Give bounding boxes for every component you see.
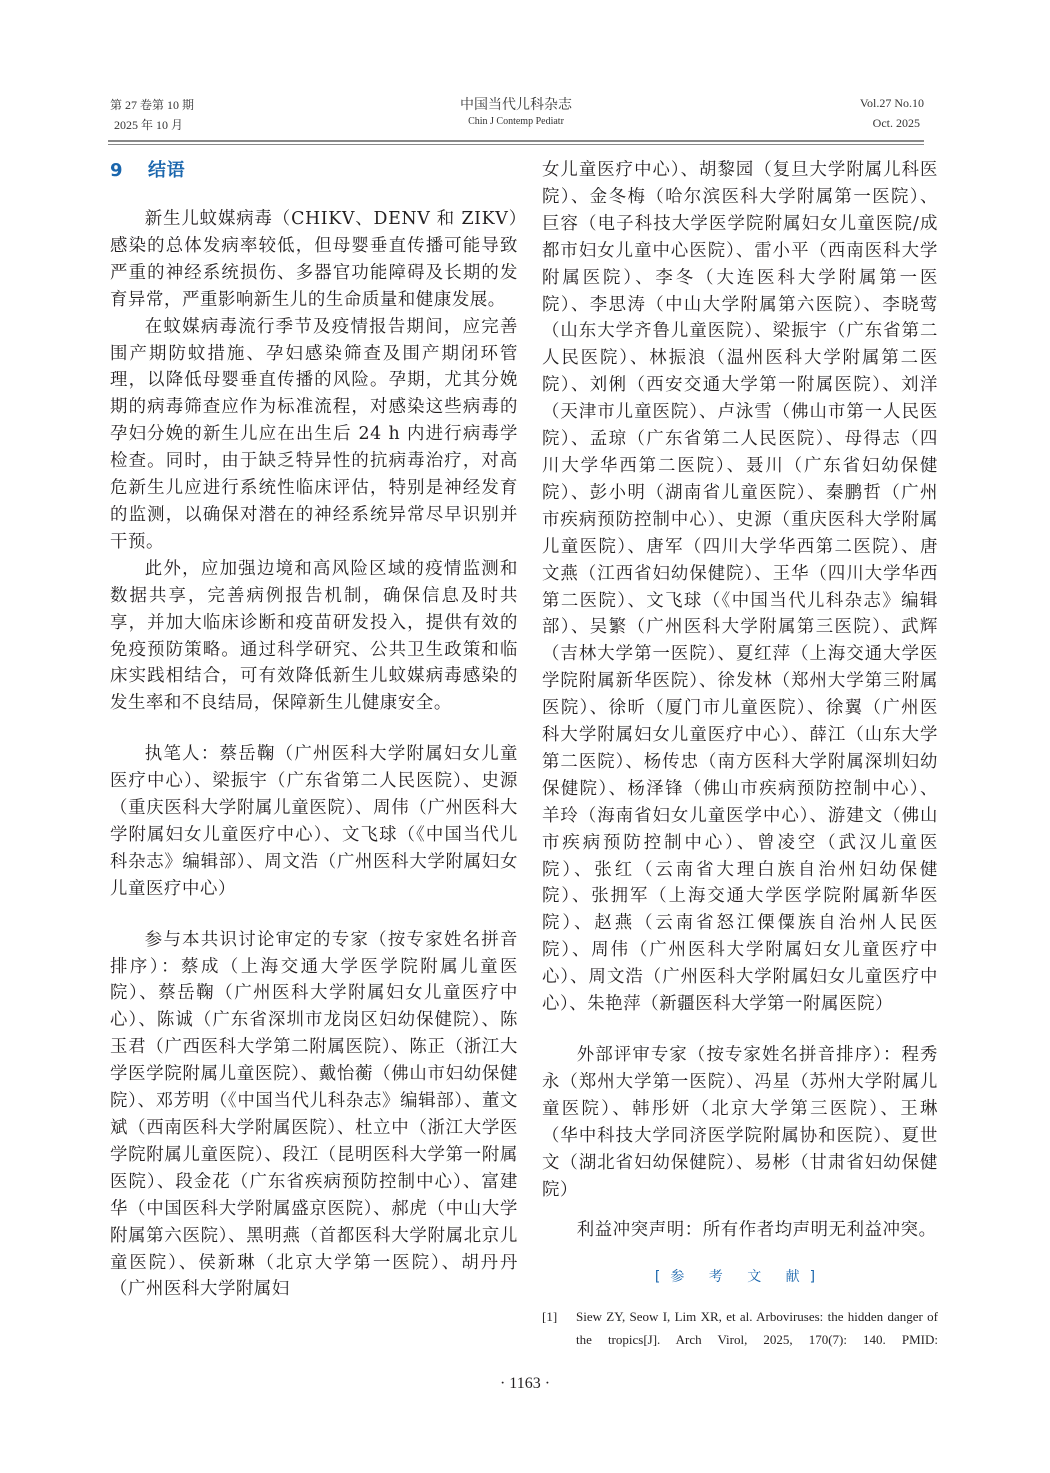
writers-paragraph: 执笔人：蔡岳鞠（广州医科大学附属妇女儿童医疗中心）、梁振宇（广东省第二人民医院）… <box>110 741 518 902</box>
header-rule-thick <box>108 140 924 142</box>
journal-title-en: Chin J Contemp Pediatr <box>108 116 924 127</box>
journal-title-cn: 中国当代儿科杂志 <box>108 94 924 114</box>
section-number: 9 <box>110 158 148 185</box>
reference-number: [1] <box>542 1305 576 1351</box>
right-column: 女儿童医疗中心）、胡黎园（复旦大学附属儿科医院）、金冬梅（哈尔滨医科大学附属第一… <box>542 157 938 1351</box>
header-rule-thin <box>108 144 924 145</box>
page-number: · 1163 · <box>0 1375 1050 1393</box>
issue-date-en: Oct. 2025 <box>873 116 920 131</box>
conclusion-paragraph-2: 在蚊媒病毒流行季节及疫情报告期间，应完善围产期防蚊措施、孕妇感染筛查及围产期闭环… <box>110 314 518 556</box>
experts-paragraph-continued: 女儿童医疗中心）、胡黎园（复旦大学附属儿科医院）、金冬梅（哈尔滨医科大学附属第一… <box>542 157 938 1018</box>
reference-text: Siew ZY, Seow I, Lim XR, et al. Arboviru… <box>576 1305 938 1351</box>
left-column: 9结语 新生儿蚊媒病毒（CHIKV、DENV 和 ZIKV）感染的总体发病率较低… <box>110 156 518 1303</box>
reference-item: [1] Siew ZY, Seow I, Lim XR, et al. Arbo… <box>542 1305 938 1351</box>
conclusion-paragraph-3: 此外，应加强边境和高风险区域的疫情监测和数据共享，完善病例报告机制，确保信息及时… <box>110 556 518 717</box>
running-header: 第 27 卷第 10 期 2025 年 10 月 中国当代儿科杂志 Chin J… <box>108 94 924 136</box>
section-title: 结语 <box>148 160 185 181</box>
experts-paragraph: 参与本共识讨论审定的专家（按专家姓名拼音排序）：蔡成（上海交通大学医学院附属儿童… <box>110 927 518 1304</box>
section-heading: 9结语 <box>110 158 518 184</box>
references-heading: [参 考 文 献] <box>542 1264 938 1291</box>
conclusion-paragraph-1: 新生儿蚊媒病毒（CHIKV、DENV 和 ZIKV）感染的总体发病率较低，但母婴… <box>110 206 518 314</box>
external-reviewers-paragraph: 外部评审专家（按专家姓名拼音排序）：程秀永（郑州大学第一医院）、冯星（苏州大学附… <box>542 1042 938 1203</box>
volume-en: Vol.27 No.10 <box>860 96 924 111</box>
conflict-of-interest-statement: 利益冲突声明：所有作者均声明无利益冲突。 <box>542 1217 938 1244</box>
